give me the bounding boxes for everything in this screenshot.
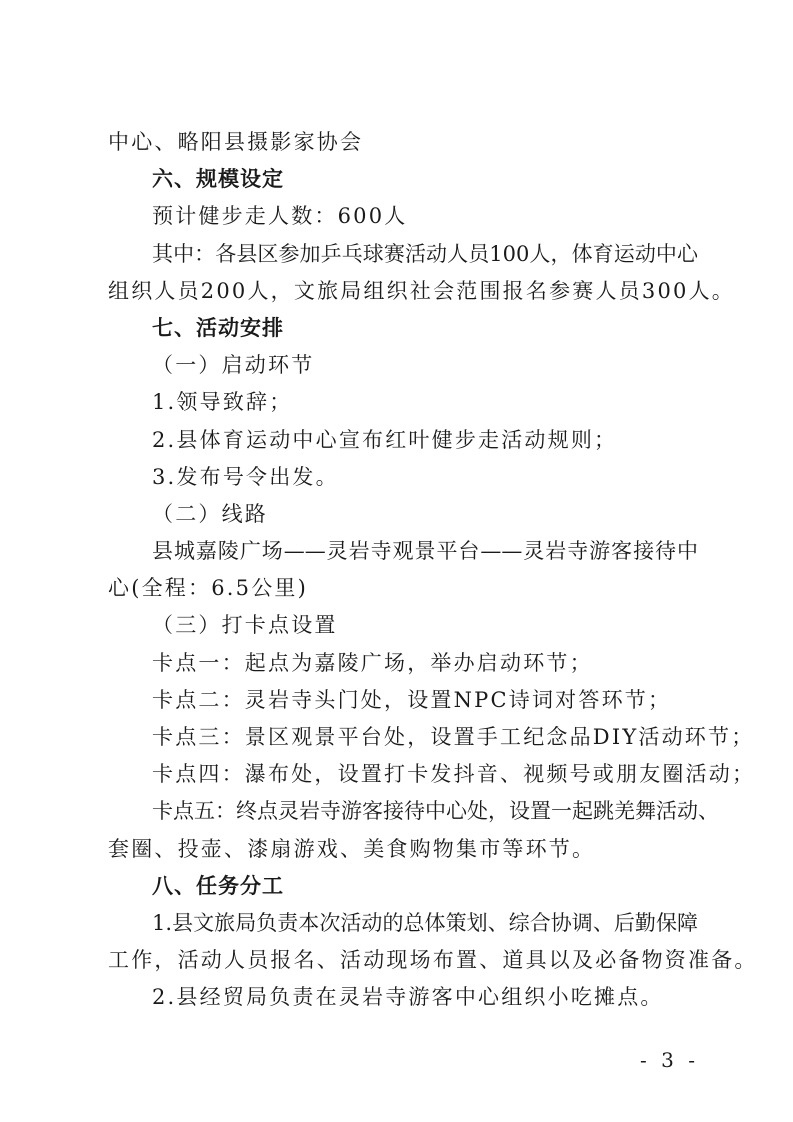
list-item: 卡点四：瀑布处，设置打卡发抖音、视频号或朋友圈活动； (108, 756, 698, 793)
body-text-line: 工作，活动人员报名、活动现场布置、道具以及必备物资准备。 (108, 942, 698, 979)
body-text-line: 县城嘉陵广场——灵岩寺观景平台——灵岩寺游客接待中 (108, 533, 698, 570)
body-text-line: 其中：各县区参加乒乓球赛活动人员100人，体育运动中心 (108, 236, 698, 273)
section-heading-tasks: 八、任务分工 (108, 868, 698, 905)
subsection-heading: （一）启动环节 (108, 347, 698, 384)
subsection-heading: （二）线路 (108, 496, 698, 533)
body-text-line: 心(全程：6.5公里) (108, 570, 698, 607)
list-item: 2.县体育运动中心宣布红叶健步走活动规则； (108, 422, 698, 459)
list-item: 1.县文旅局负责本次活动的总体策划、综合协调、后勤保障 (108, 905, 698, 942)
list-item: 1.领导致辞； (108, 384, 698, 421)
page-number: - 3 - (640, 1048, 699, 1072)
list-item: 卡点五：终点灵岩寺游客接待中心处，设置一起跳羌舞活动、 (108, 793, 698, 830)
list-item: 2.县经贸局负责在灵岩寺游客中心组织小吃摊点。 (108, 979, 698, 1016)
list-item: 卡点三：景区观景平台处，设置手工纪念品DIY活动环节； (108, 719, 698, 756)
body-text-line: 套圈、投壶、漆扇游戏、美食购物集市等环节。 (108, 831, 698, 868)
list-item: 卡点二：灵岩寺头门处，设置NPC诗词对答环节； (108, 682, 698, 719)
body-text-line: 预计健步走人数：600人 (108, 198, 698, 235)
subsection-heading: （三）打卡点设置 (108, 607, 698, 644)
list-item: 3.发布号令出发。 (108, 459, 698, 496)
section-heading-activities: 七、活动安排 (108, 310, 698, 347)
body-text-line: 组织人员200人，文旅局组织社会范围报名参赛人员300人。 (108, 273, 698, 310)
body-text-line: 中心、略阳县摄影家协会 (108, 124, 698, 161)
list-item: 卡点一：起点为嘉陵广场，举办启动环节； (108, 645, 698, 682)
document-body: 中心、略阳县摄影家协会 六、规模设定 预计健步走人数：600人 其中：各县区参加… (108, 124, 698, 1017)
section-heading-scale: 六、规模设定 (108, 161, 698, 198)
